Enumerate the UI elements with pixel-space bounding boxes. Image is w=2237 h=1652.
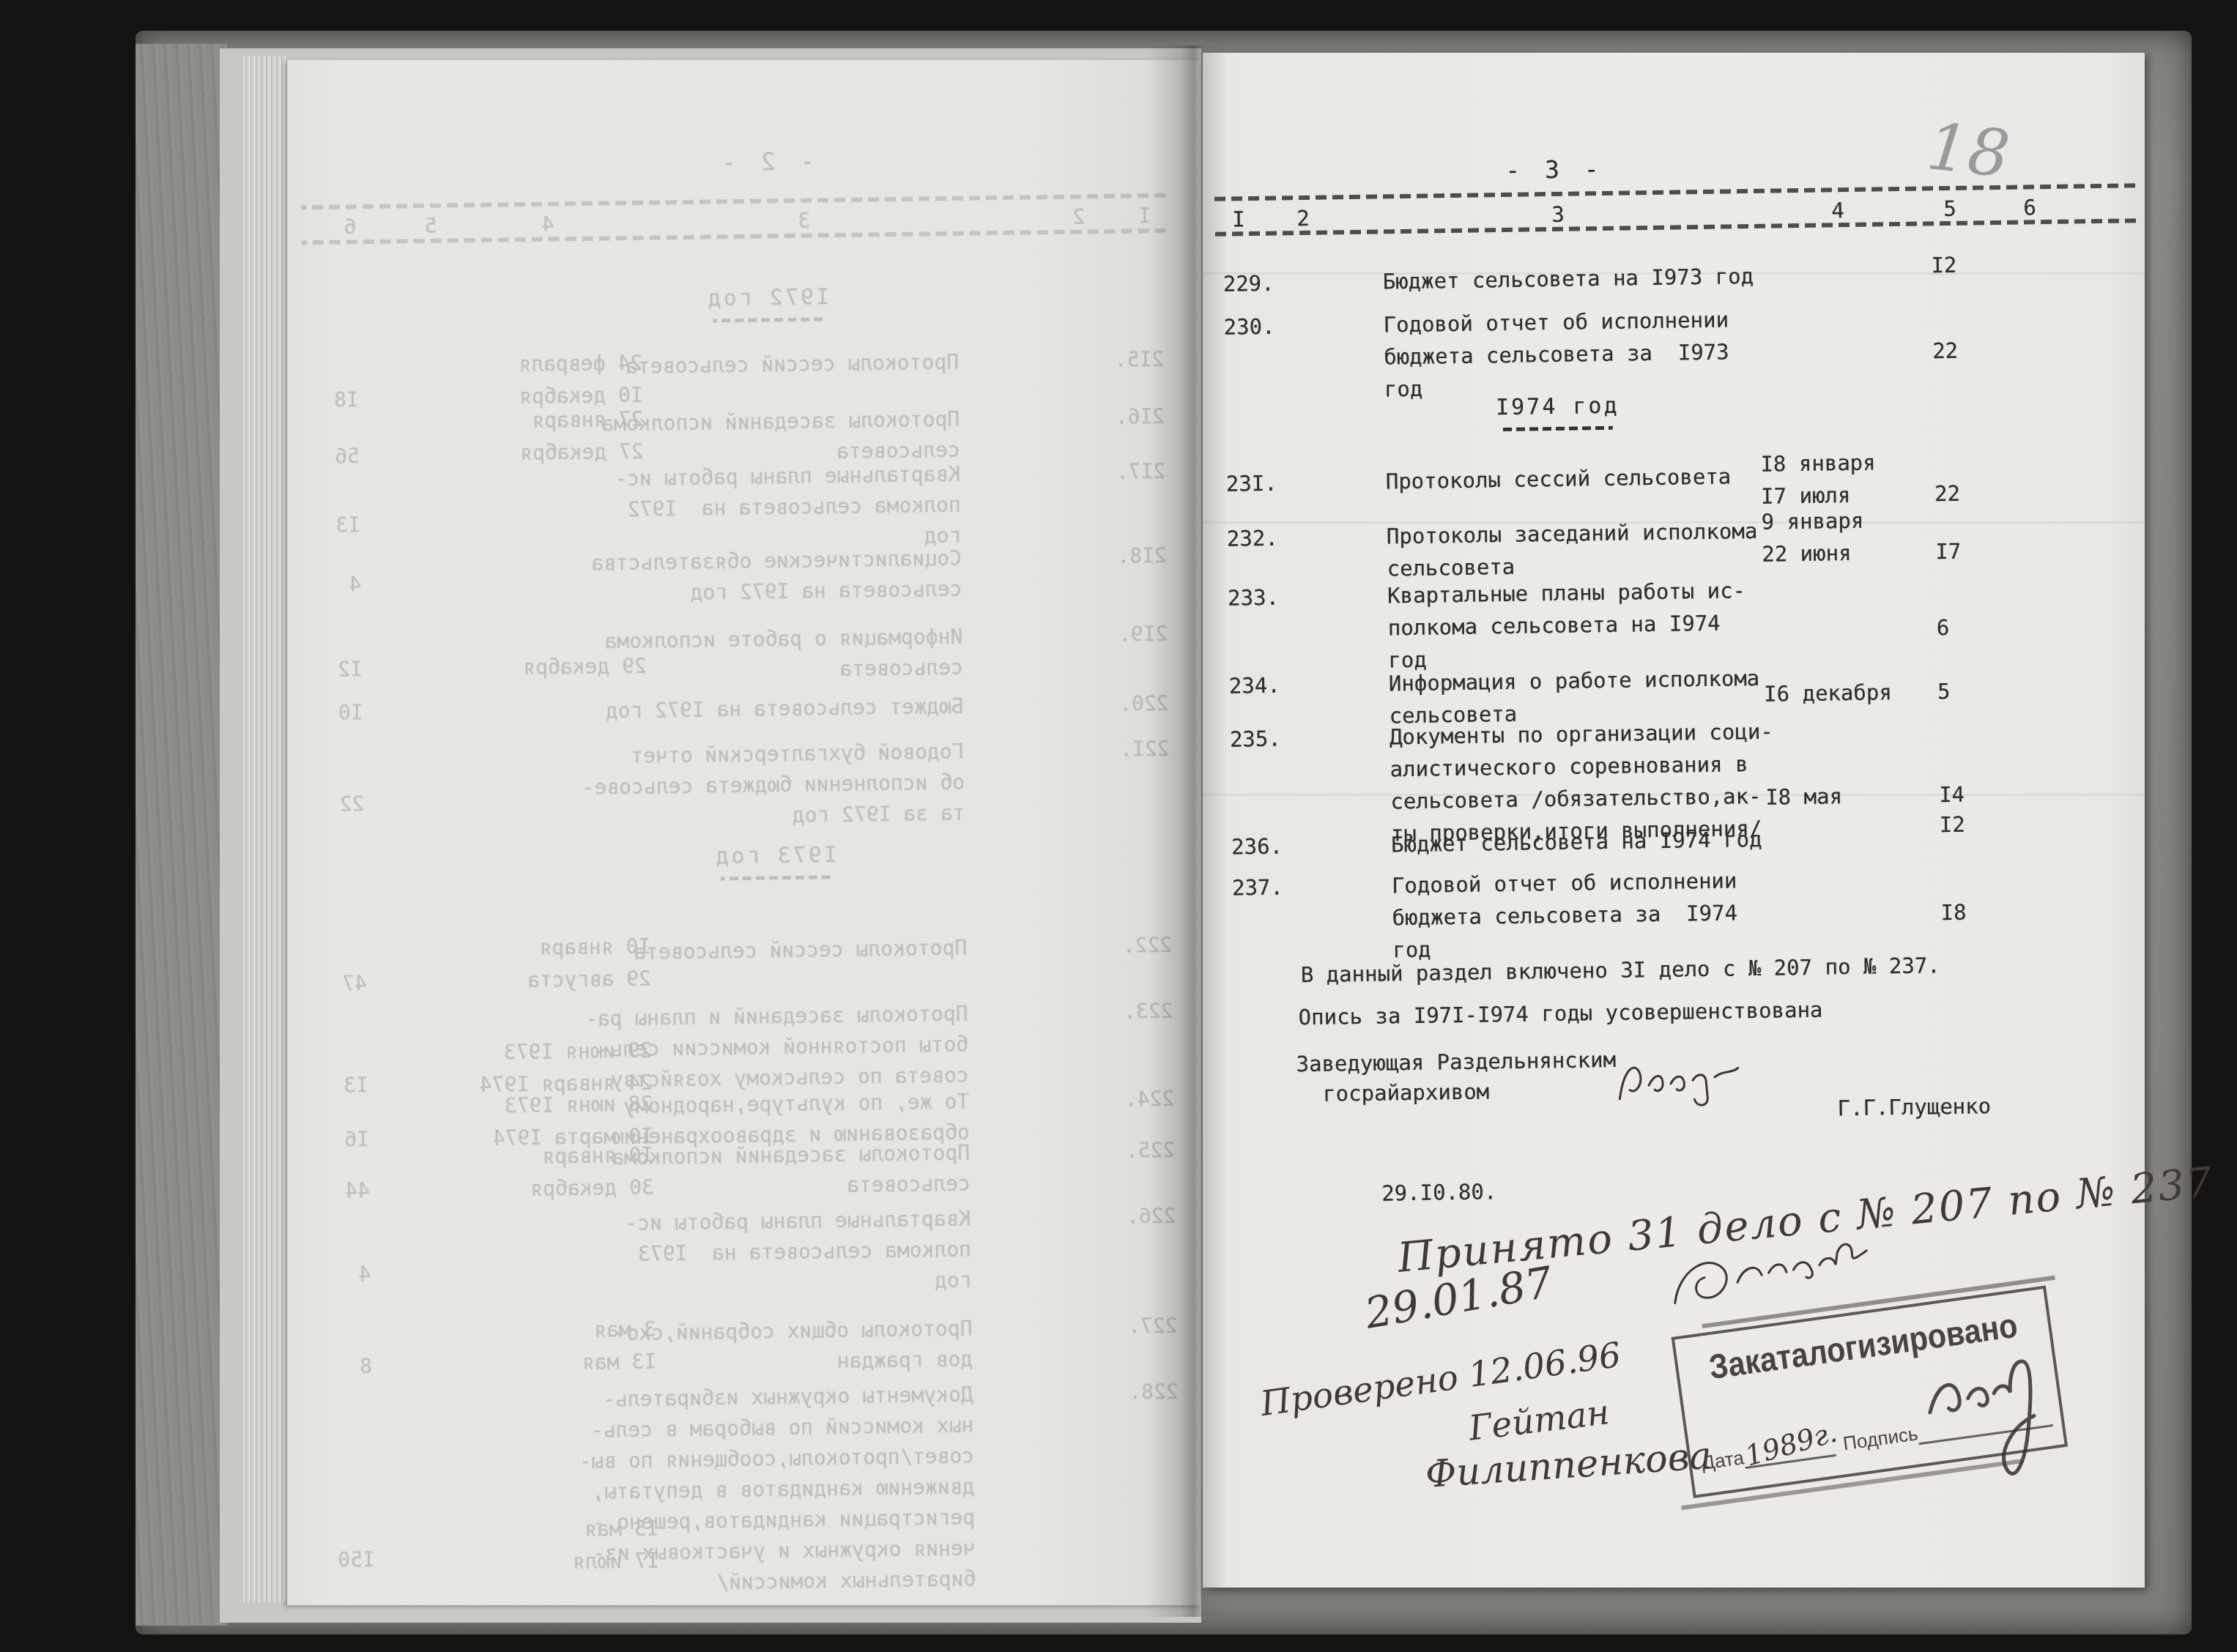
stamp-signature	[1913, 1347, 2085, 1513]
column-number: 2	[1072, 204, 1085, 228]
table-rule	[1215, 218, 2140, 237]
entry-number: 23I.	[1226, 467, 1277, 500]
entry-row: 222.Протоколы сессий сельсоветаI0 января…	[289, 929, 1201, 942]
pencil-page-number: 18	[1923, 108, 2013, 192]
checker-signature-1: Гейтан	[1466, 1392, 1611, 1449]
entry-count: I4	[1939, 778, 2006, 811]
column-number: I	[1232, 206, 1245, 231]
entry-title: Бюджет сельсовета на I974 год	[1391, 822, 1817, 861]
entry-dates: I8 мая	[1765, 778, 1949, 814]
table-rule	[1214, 183, 2139, 201]
entry-count: 22	[305, 789, 365, 820]
entry-dates: 9 января22 июня	[1761, 503, 1945, 570]
entry-number: 229.	[1223, 267, 1274, 300]
signoff-role-line1: Заведующая Раздельнянским	[1296, 1047, 1616, 1076]
entry-title: Бюджет сельсовета на I973 год	[1382, 259, 1808, 298]
entry-number: 2I9.	[1118, 619, 1168, 650]
entry-count: 56	[300, 441, 360, 472]
column-number: I	[1138, 204, 1151, 228]
entry-title: Годовой отчет об исполнениибюджета сельс…	[1392, 863, 1818, 967]
entry-dates: 3 маяI3 мая	[487, 1314, 656, 1380]
signoff-role-line2: госрайархивом	[1323, 1079, 1489, 1106]
year-underline	[713, 317, 823, 322]
entry-count: I2	[1940, 808, 2006, 841]
stamp-date-line: 1989г.	[1741, 1428, 1836, 1469]
entry-number: 2I8.	[1117, 540, 1167, 572]
entry-count: I2	[1931, 248, 1997, 281]
entry-row: 227.Протоколы общих собраний,схо-дов гра…	[294, 1310, 1206, 1322]
entry-number: 237.	[1232, 871, 1283, 904]
entry-dates: I6 декабря	[1764, 675, 1948, 710]
left-page-showthrough: - 2 - I 2 3 4 5 6 I972 год 2I5.Протоколы…	[276, 53, 1210, 1611]
entry-row: 237.Годовой отчет об исполнениибюджета с…	[1204, 858, 2146, 872]
stamp-sign-label: Подпись	[1841, 1422, 1919, 1455]
entry-number: 235.	[1230, 723, 1281, 756]
entry-count: 6	[1937, 611, 2003, 644]
checker-signature-2: Филиппенкова	[1424, 1435, 1713, 1497]
entry-row: 2I6.Протоколы заседаний исполкомасельсов…	[281, 401, 1194, 413]
entry-row: 229.Бюджет сельсовета на I973 годI2	[1195, 254, 2137, 268]
entry-number: 230.	[1223, 310, 1275, 343]
entry-count: 4	[312, 1259, 371, 1290]
inventory-note: Опись за I97I-I974 годы усовершенствован…	[1298, 997, 1822, 1030]
entry-title: Годовой бухгалтерский отчетоб исполнении…	[532, 737, 965, 835]
column-number: 3	[798, 209, 810, 233]
entry-row: 2I9.Информация о работе исполкомасельсов…	[284, 618, 1197, 630]
entry-number: 222.	[1122, 930, 1172, 961]
entry-count: I2	[304, 654, 363, 685]
year-section-header: I974 год	[1455, 392, 1661, 432]
entry-number: 225.	[1125, 1135, 1175, 1167]
left-page-number-header: - 2 -	[678, 146, 854, 177]
entry-dates: I0 января29 августа	[482, 931, 651, 997]
entry-row: 223.Протоколы заседаний и планы ра-боты …	[289, 995, 1202, 1008]
entry-number: 228.	[1129, 1377, 1179, 1408]
entry-count: I8	[1940, 896, 2007, 929]
entry-row: 220.Бюджет сельсовета на I972 годI0	[285, 688, 1198, 700]
column-number: 5	[424, 214, 437, 238]
entry-number: 232.	[1227, 522, 1278, 555]
entry-title: Квартальные планы работы ис-полкома сель…	[528, 459, 962, 557]
column-number: 5	[1943, 196, 1956, 221]
entry-title: Социалистические обязательствасельсовета…	[530, 543, 962, 611]
entry-count: 44	[311, 1175, 370, 1207]
entry-number: 226.	[1127, 1201, 1176, 1232]
entry-count: I7	[1935, 535, 2002, 568]
entry-count: 22	[1932, 334, 1999, 367]
left-page: - 2 - I 2 3 4 5 6 I972 год 2I5.Протоколы…	[287, 60, 1200, 1605]
entry-count: 4	[303, 569, 362, 600]
entry-number: 220.	[1119, 688, 1169, 720]
typed-date: 29.I0.80.	[1381, 1179, 1497, 1205]
glushchenko-signature	[1613, 1054, 1753, 1115]
column-number: 6	[2023, 195, 2036, 220]
entry-row: 232.Протоколы заседаний исполкомасельсов…	[1199, 509, 2141, 523]
stamp-date-value: 1989г.	[1741, 1416, 1840, 1473]
entry-dates: I5 маяI7 июля	[490, 1513, 659, 1580]
entry-number: 22I.	[1120, 734, 1170, 765]
entry-number: 233.	[1228, 581, 1279, 614]
entry-number: 2I6.	[1115, 401, 1165, 433]
entry-count: I50	[316, 1544, 376, 1576]
entry-dates: I0 января30 декабря	[485, 1139, 654, 1206]
entry-count: 22	[1934, 477, 2001, 510]
entry-count: 8	[314, 1351, 373, 1383]
entry-number: 2I5.	[1114, 344, 1164, 376]
signoff-name: Г.Г.Глущенко	[1837, 1093, 1991, 1120]
entry-title: Годовой отчет об исполнениибюджета сельс…	[1383, 302, 1809, 406]
column-number: 2	[1296, 206, 1310, 231]
entry-number: 2I7.	[1116, 456, 1165, 488]
page-number-header: - 3 -	[1455, 154, 1654, 185]
entry-count: I8	[300, 384, 359, 416]
entry-count: 47	[308, 968, 368, 1000]
column-number: 6	[344, 215, 356, 239]
entry-count: 5	[1937, 674, 2004, 707]
entry-number: 236.	[1231, 830, 1283, 863]
entry-title: Квартальные планы работы ис-полкома сель…	[1387, 573, 1814, 677]
folder-cover-left-edge	[136, 44, 227, 1626]
entry-dates: 29 декабря	[478, 650, 648, 685]
year-section-header: I973 год	[680, 842, 871, 882]
entry-title: Квартальные планы работы ис-полкома сель…	[538, 1204, 972, 1302]
entry-count: I0	[304, 697, 363, 729]
year-underline	[1503, 426, 1613, 431]
entry-dates: I8 январяI7 июля	[1760, 445, 1944, 513]
entry-number: 234.	[1229, 669, 1280, 702]
column-number: 3	[1551, 202, 1565, 227]
entry-title: Бюджет сельсовета на I972 год	[531, 691, 964, 728]
column-number: 4	[1831, 198, 1844, 223]
entry-number: 224.	[1124, 1084, 1174, 1115]
table-rule	[301, 193, 1165, 209]
entry-dates: 27 января27 декабря	[475, 403, 644, 470]
entry-title: Протоколы сессий сельсовета	[1385, 459, 1811, 498]
entry-count: I6	[311, 1124, 370, 1156]
entry-number: 223.	[1124, 996, 1173, 1027]
year-underline	[721, 875, 831, 880]
entry-row: 22I.Годовой бухгалтерский отчетоб исполн…	[286, 733, 1198, 745]
column-number: 4	[541, 212, 554, 237]
right-page: - 3 - 18 I 2 3 4 5 6 229.Бюджет сельсове…	[1203, 53, 2145, 1588]
entry-row: 2I5.Протоколы сессий сельсовета24 феврал…	[281, 343, 1193, 356]
entry-count: I3	[302, 510, 361, 541]
entry-number: 227.	[1128, 1311, 1178, 1342]
year-section-header: I972 год	[672, 284, 864, 324]
entry-count: I3	[309, 1070, 368, 1101]
entry-row: 230.Годовой отчет об исполнениибюджета с…	[1195, 297, 2137, 311]
entry-row: 23I.Протоколы сессий сельсоветаI8 января…	[1198, 454, 2140, 468]
